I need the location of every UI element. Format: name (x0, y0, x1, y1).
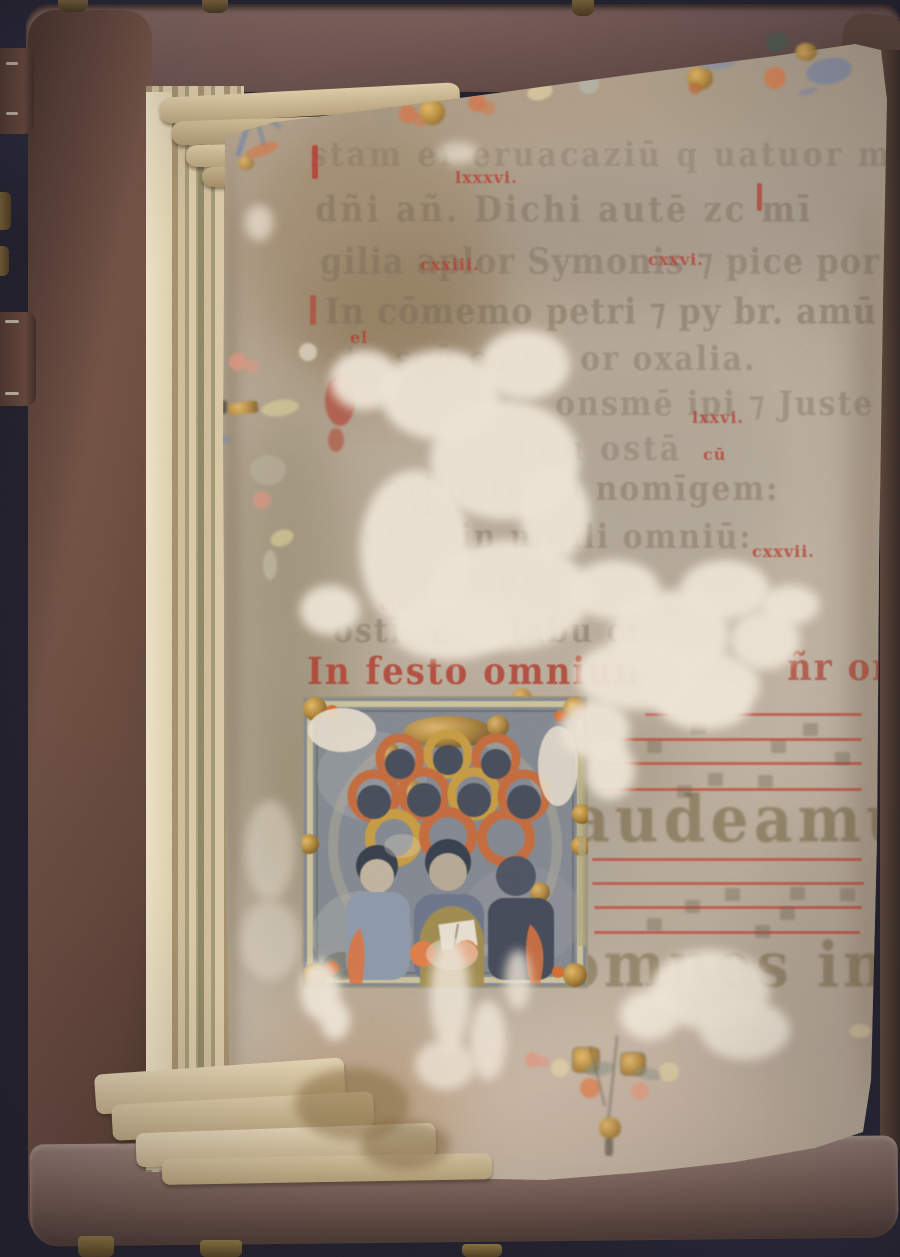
damage-patch (330, 350, 400, 410)
paint-loss-layer (215, 40, 890, 1180)
manuscript-photo: Photograph of a heavily damaged illumina… (0, 0, 900, 1257)
manuscript-page: stam er eruacaziū q uatuor mīdñi añ. Dic… (215, 40, 890, 1180)
damage-patch (390, 600, 510, 660)
strap-stitch (5, 392, 19, 395)
leather-strap (0, 48, 34, 134)
clasp-fitting (0, 246, 9, 276)
leather-strap (0, 312, 36, 406)
strap-stitch (6, 112, 18, 115)
damage-patch (760, 585, 820, 625)
brass-foot (462, 1244, 502, 1257)
damage-patch (438, 142, 478, 164)
damage-patch (620, 990, 680, 1040)
damage-patch (585, 740, 635, 800)
damage-patch (320, 1000, 350, 1040)
damage-patch (520, 470, 590, 560)
damage-patch (300, 585, 360, 635)
damage-patch (415, 1040, 475, 1090)
flyleaf-edge (146, 92, 172, 1170)
strap-stitch (5, 320, 19, 323)
strap-stitch (6, 62, 18, 65)
damage-patch (470, 1000, 506, 1080)
damage-patch (245, 800, 295, 900)
brass-foot (78, 1236, 114, 1257)
damage-patch (700, 1000, 790, 1060)
brass-boss (572, 0, 594, 16)
damage-patch (240, 900, 300, 980)
leaf-edge-streak (196, 120, 204, 1100)
damage-patch (430, 940, 470, 1050)
damage-patch (245, 205, 273, 241)
brass-boss (58, 0, 88, 12)
damage-patch (505, 950, 531, 1010)
leather-cover-left (28, 10, 152, 1242)
brass-foot (200, 1240, 242, 1257)
damage-patch (480, 330, 570, 400)
corner-stain (360, 1120, 450, 1170)
brass-boss (202, 0, 228, 13)
clasp-fitting (0, 192, 11, 230)
